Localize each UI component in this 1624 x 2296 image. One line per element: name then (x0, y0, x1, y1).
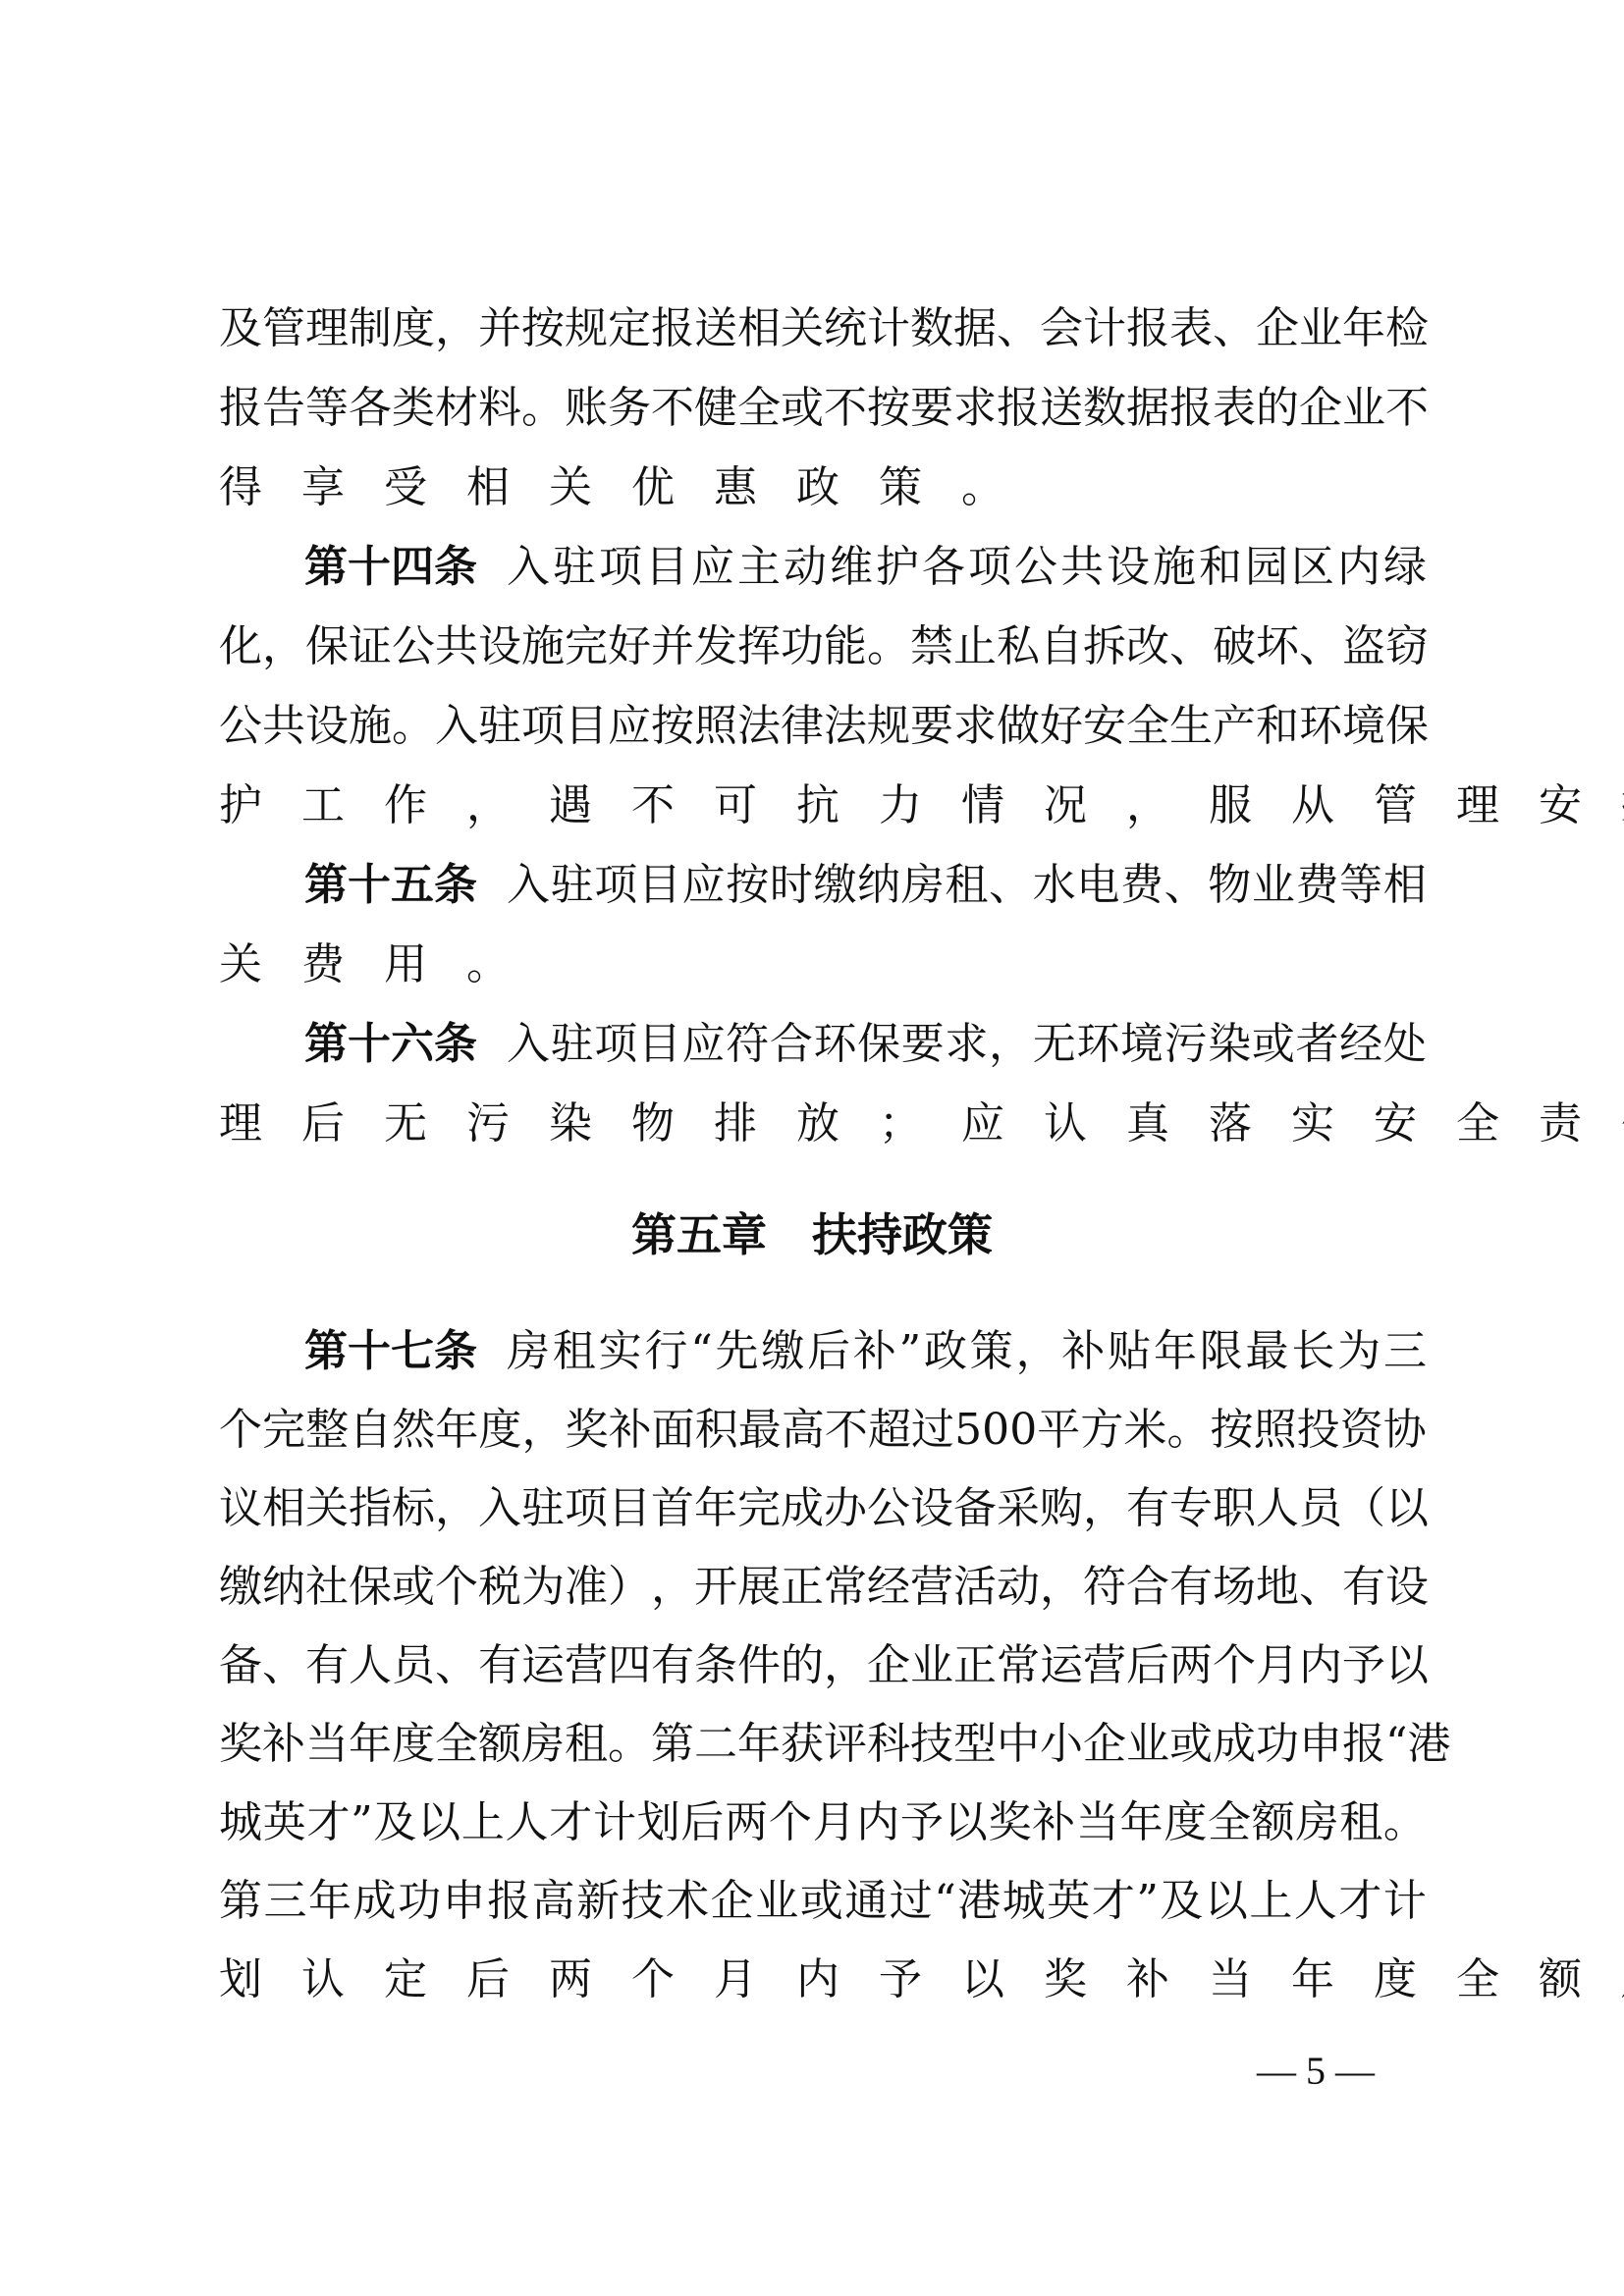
text-line: 化，保证公共设施完好并发挥功能。禁止私自拆改、破坏、盗窃 (219, 615, 1427, 678)
text-line: 划认定后两个月内予以奖补当年度全额房租。 (219, 1949, 1427, 2011)
article-label: 第十七条 (304, 1320, 477, 1383)
article-first-line: 第十六条入驻项目应符合环保要求，无环境污染或者经处 (304, 1013, 1427, 1076)
line-text: 个完整自然年度，奖补面积最高不超过500平方米。按照投资协 (219, 1399, 1427, 1462)
line-text: 护工作，遇不可抗力情况，服从管理安排。 (219, 774, 1624, 837)
line-text: 理后无污染物排放；应认真落实安全责任制，确保经营安全。 (219, 1093, 1624, 1155)
line-text: 第三年成功申报高新技术企业或通过“港城英才”及以上人才计 (219, 1870, 1427, 1933)
text-line: 公共设施。入驻项目应按照法律法规要求做好安全生产和环境保 (219, 695, 1427, 758)
line-text: 缴纳社保或个税为准），开展正常经营活动，符合有场地、有设 (219, 1556, 1429, 1619)
article-label: 第十五条 (304, 854, 477, 917)
text-line: 报告等各类材料。账务不健全或不按要求报送数据报表的企业不 (219, 377, 1427, 440)
text-line: 个完整自然年度，奖补面积最高不超过500平方米。按照投资协 (219, 1399, 1427, 1462)
article-label: 第十六条 (304, 1013, 477, 1076)
text-line: 护工作，遇不可抗力情况，服从管理安排。 (219, 774, 1427, 837)
text-line: 备、有人员、有运营四有条件的，企业正常运营后两个月内予以 (219, 1634, 1427, 1697)
line-text: 房租实行“先缴后补”政策，补贴年限最长为三 (507, 1320, 1427, 1383)
line-text: 奖补当年度全额房租。第二年获评科技型中小企业或成功申报“港 (219, 1713, 1451, 1776)
text-line: 奖补当年度全额房租。第二年获评科技型中小企业或成功申报“港 (219, 1713, 1427, 1776)
line-text: 入驻项目应符合环保要求，无环境污染或者经处 (507, 1013, 1427, 1076)
line-text: 化，保证公共设施完好并发挥功能。禁止私自拆改、破坏、盗窃 (219, 615, 1429, 678)
line-text: 关费用。 (219, 934, 1427, 996)
line-text: 报告等各类材料。账务不健全或不按要求报送数据报表的企业不 (219, 377, 1429, 440)
text-line: 议相关指标，入驻项目首年完成办公设备采购，有专职人员（以 (219, 1477, 1427, 1540)
page-number: — 5 — (1232, 2050, 1399, 2093)
line-text: 划认定后两个月内予以奖补当年度全额房租。 (219, 1949, 1624, 2011)
text-line: 得享受相关优惠政策。 (219, 456, 1427, 519)
line-text: 及管理制度，并按规定报送相关统计数据、会计报表、企业年检 (219, 297, 1429, 360)
text-line: 缴纳社保或个税为准），开展正常经营活动，符合有场地、有设 (219, 1556, 1427, 1619)
text-line: 理后无污染物排放；应认真落实安全责任制，确保经营安全。 (219, 1093, 1427, 1155)
line-text: 入驻项目应按时缴纳房租、水电费、物业费等相 (507, 854, 1427, 917)
article-first-line: 第十四条入驻项目应主动维护各项公共设施和园区内绿 (304, 536, 1427, 599)
line-text: 公共设施。入驻项目应按照法律法规要求做好安全生产和环境保 (219, 695, 1429, 758)
text-line: 第三年成功申报高新技术企业或通过“港城英才”及以上人才计 (219, 1870, 1427, 1933)
text-line: 城英才”及以上人才计划后两个月内予以奖补当年度全额房租。 (219, 1791, 1427, 1854)
line-text: 入驻项目应主动维护各项公共设施和园区内绿 (507, 536, 1427, 599)
line-text: 备、有人员、有运营四有条件的，企业正常运营后两个月内予以 (219, 1634, 1429, 1697)
line-text: 议相关指标，入驻项目首年完成办公设备采购，有专职人员（以 (219, 1477, 1429, 1540)
text-line: 及管理制度，并按规定报送相关统计数据、会计报表、企业年检 (219, 297, 1427, 360)
article-first-line: 第十五条入驻项目应按时缴纳房租、水电费、物业费等相 (304, 854, 1427, 917)
article-first-line: 第十七条房租实行“先缴后补”政策，补贴年限最长为三 (304, 1320, 1427, 1383)
document-page: 及管理制度，并按规定报送相关统计数据、会计报表、企业年检报告等各类材料。账务不健… (0, 0, 1624, 2296)
text-line: 关费用。 (219, 934, 1427, 996)
line-text: 得享受相关优惠政策。 (219, 456, 1427, 519)
line-text: 城英才”及以上人才计划后两个月内予以奖补当年度全额房租。 (219, 1791, 1427, 1854)
article-label: 第十四条 (304, 536, 477, 599)
chapter-heading: 第五章 扶持政策 (0, 1205, 1624, 1264)
